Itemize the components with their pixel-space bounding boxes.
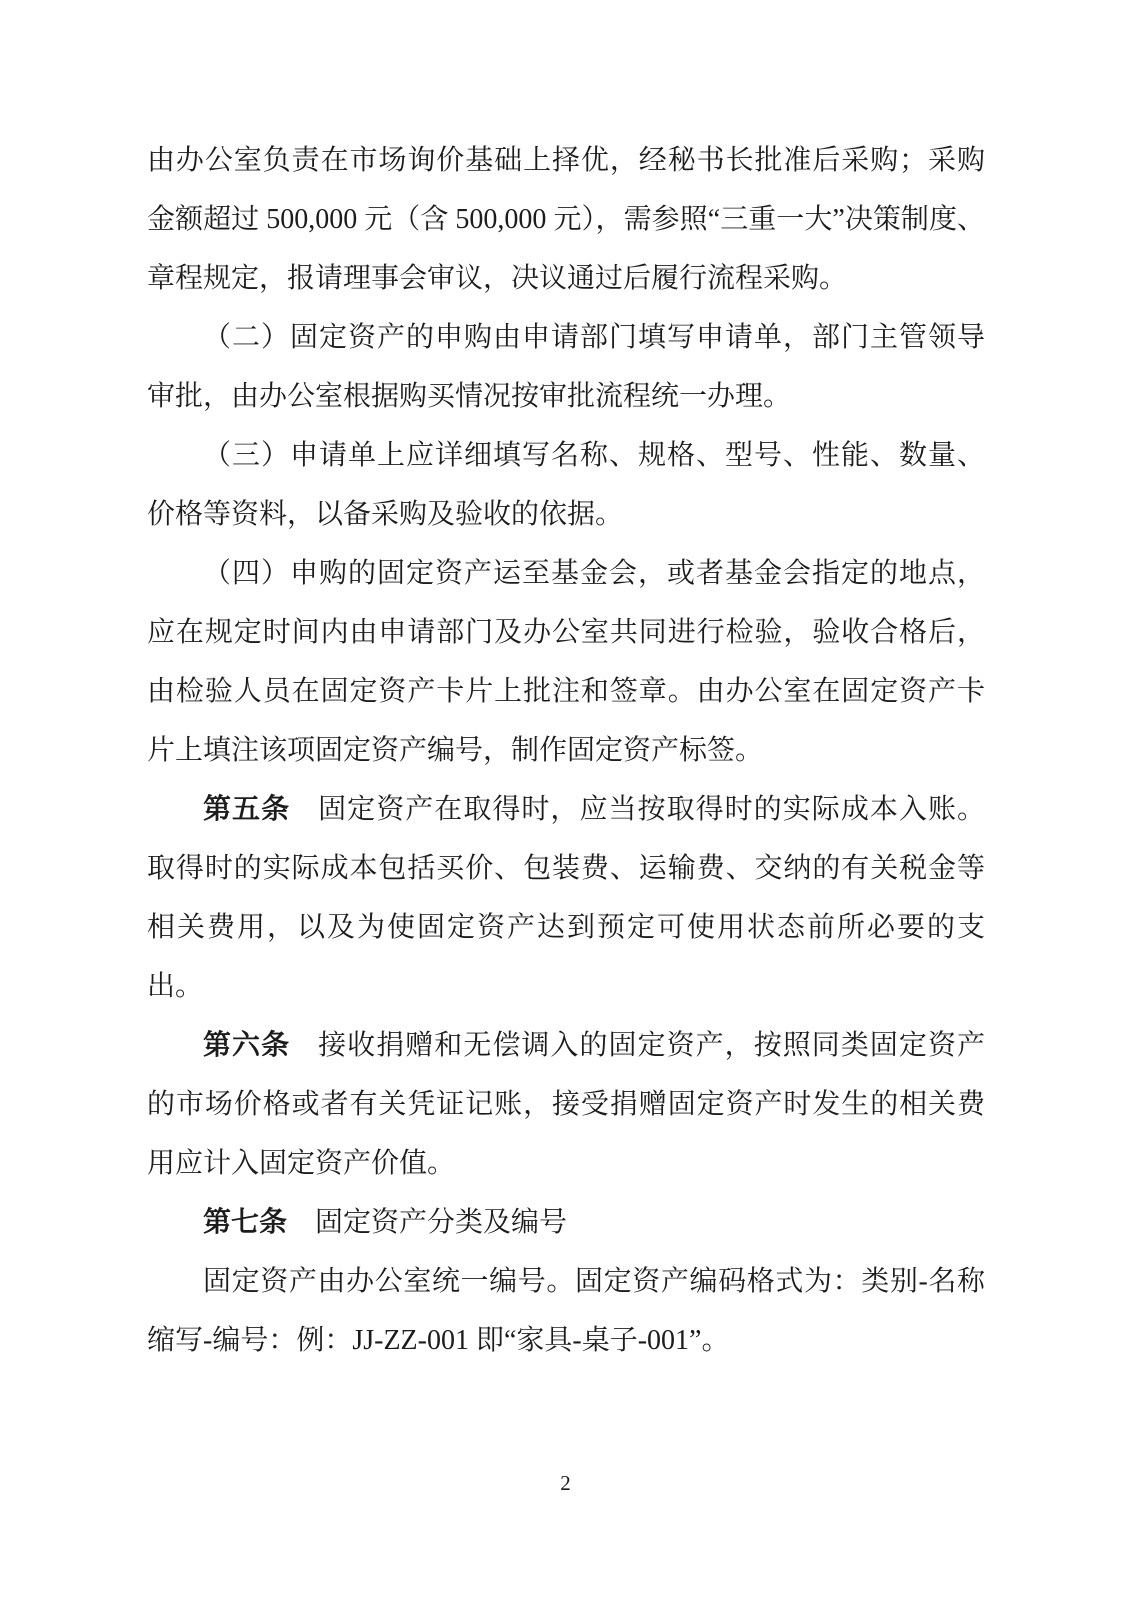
- paragraph-article-5: 第五条固定资产在取得时，应当按取得时的实际成本入账。取得时的实际成本包括买价、包…: [147, 780, 985, 1016]
- article-number: 第七条: [203, 1207, 287, 1238]
- document-body: 由办公室负责在市场询价基础上择优，经秘书长批准后采购；采购金额超过 500,00…: [147, 131, 985, 1370]
- paragraph-article-7: 第七条固定资产分类及编号: [147, 1193, 985, 1252]
- paragraph-article-6: 第六条接收捐赠和无偿调入的固定资产，按照同类固定资产的市场价格或者有关凭证记账，…: [147, 1016, 985, 1193]
- paragraph-text: （三）申请单上应详细填写名称、规格、型号、性能、数量、价格等资料，以备采购及验收…: [147, 440, 985, 530]
- paragraph-continuation: 由办公室负责在市场询价基础上择优，经秘书长批准后采购；采购金额超过 500,00…: [147, 131, 985, 308]
- paragraph-text: 固定资产分类及编号: [315, 1207, 567, 1238]
- paragraph-text: 由办公室负责在市场询价基础上择优，经秘书长批准后采购；采购金额超过 500,00…: [147, 145, 985, 294]
- paragraph-text: 固定资产由办公室统一编号。固定资产编码格式为：类别-名称缩写-编号：例：JJ-Z…: [147, 1266, 985, 1356]
- document-page: 由办公室负责在市场询价基础上择优，经秘书长批准后采购；采购金额超过 500,00…: [0, 0, 1131, 1600]
- page-number: 2: [0, 1470, 1131, 1496]
- paragraph-text: 固定资产在取得时，应当按取得时的实际成本入账。取得时的实际成本包括买价、包装费、…: [147, 794, 985, 1002]
- paragraph-item-3: （三）申请单上应详细填写名称、规格、型号、性能、数量、价格等资料，以备采购及验收…: [147, 426, 985, 544]
- paragraph-item-2: （二）固定资产的申购由申请部门填写申请单，部门主管领导审批，由办公室根据购买情况…: [147, 308, 985, 426]
- paragraph-item-8: 固定资产由办公室统一编号。固定资产编码格式为：类别-名称缩写-编号：例：JJ-Z…: [147, 1252, 985, 1370]
- paragraph-item-4: （四）申购的固定资产运至基金会，或者基金会指定的地点，应在规定时间内由申请部门及…: [147, 544, 985, 780]
- article-number: 第五条: [203, 794, 290, 825]
- paragraph-text: （二）固定资产的申购由申请部门填写申请单，部门主管领导审批，由办公室根据购买情况…: [147, 322, 985, 412]
- article-number: 第六条: [203, 1030, 290, 1061]
- paragraph-text: （四）申购的固定资产运至基金会，或者基金会指定的地点，应在规定时间内由申请部门及…: [147, 558, 985, 766]
